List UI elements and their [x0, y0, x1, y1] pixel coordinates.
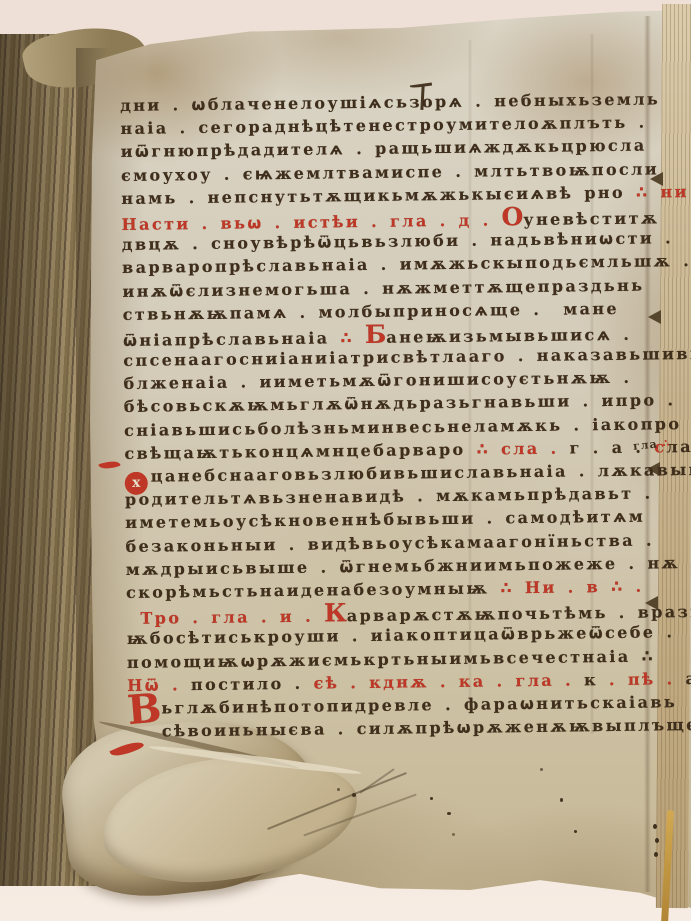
illuminated-initial: О — [501, 202, 523, 231]
ink-blot — [452, 833, 455, 836]
text-segment: ∴ — [340, 328, 365, 347]
text-segment: постило . — [191, 673, 314, 693]
ink-blot — [337, 788, 340, 791]
text-segment: ∴ ни . в . — [636, 181, 691, 201]
text-segment: сѣвоиньныєва . силѫпрѣѡрѫженѫѭвыплъщенса… — [162, 714, 691, 741]
marginal-gloss-mark: ∴ — [662, 438, 671, 450]
text-segment: скорѣмьстьнаиденабезоумныѭ — [126, 578, 501, 602]
ink-blot — [560, 798, 563, 802]
illuminated-initial: Б — [365, 320, 387, 349]
illuminated-initial: К — [324, 598, 347, 627]
marginal-gloss-text: гла — [632, 437, 658, 453]
text-segment: к — [584, 670, 598, 689]
ink-blot — [430, 797, 433, 800]
text-segment: . пѣ . — [598, 669, 686, 689]
sewing-hole — [653, 824, 657, 829]
text-segment: а — [685, 669, 691, 688]
text-block: дни . ѡблаченелоушіѧсьзорѧ . небныхьземл… — [120, 87, 691, 743]
sewing-hole — [655, 838, 659, 843]
ink-blot — [447, 812, 451, 815]
manuscript-photo: дни . ѡблаченелоушіѧсьзорѧ . небныхьземл… — [0, 0, 691, 921]
illuminated-initial: В — [127, 698, 162, 721]
text-segment: иметемьоусѣкновеннѣбывьши . самодѣитѧм — [125, 507, 645, 532]
ink-blot — [540, 768, 543, 771]
sewing-hole — [654, 852, 658, 857]
text-segment: ∴ Ни . в ∴ . — [500, 577, 643, 598]
text-segment: ∴ сла . — [476, 438, 569, 458]
ink-blot — [574, 830, 577, 833]
text-segment: свѣщаѭтьконцѧмнцебарваро — [124, 439, 476, 462]
text-segment: єѣ . кднѫ . ка . гла . — [313, 670, 584, 692]
